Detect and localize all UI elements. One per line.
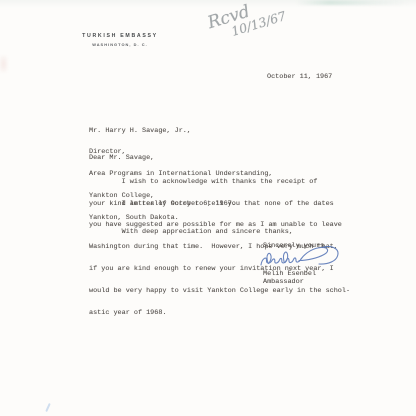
scanned-letter-page: TURKISH EMBASSY WASHINGTON, D. C. Rcvd 1… xyxy=(0,0,416,416)
sender-title: Ambassador xyxy=(263,279,304,286)
closing-line: With deep appreciation and sincere thank… xyxy=(89,229,293,236)
sender-name: Melih Esenbel xyxy=(263,271,316,278)
date-line: October 11, 1967 xyxy=(267,74,332,81)
scanner-smudge-left xyxy=(0,56,7,72)
body-line: would be very happy to visit Yankton Col… xyxy=(89,288,350,295)
handwritten-signature-icon xyxy=(254,244,350,273)
body-line: astic year of 1968. xyxy=(89,310,350,317)
letterhead-location: WASHINGTON, D. C. xyxy=(70,42,170,47)
scanner-smudge-top-right xyxy=(296,0,408,5)
letterhead-organization: TURKISH EMBASSY xyxy=(70,33,170,39)
body-line: I am really sorry to tell you that none … xyxy=(89,201,350,208)
address-line: Mr. Harry H. Savage, Jr., xyxy=(89,128,273,135)
embassy-letterhead: TURKISH EMBASSY WASHINGTON, D. C. xyxy=(70,33,170,47)
salutation: Dear Mr. Savage, xyxy=(89,155,154,162)
stray-ink-mark xyxy=(45,403,50,412)
